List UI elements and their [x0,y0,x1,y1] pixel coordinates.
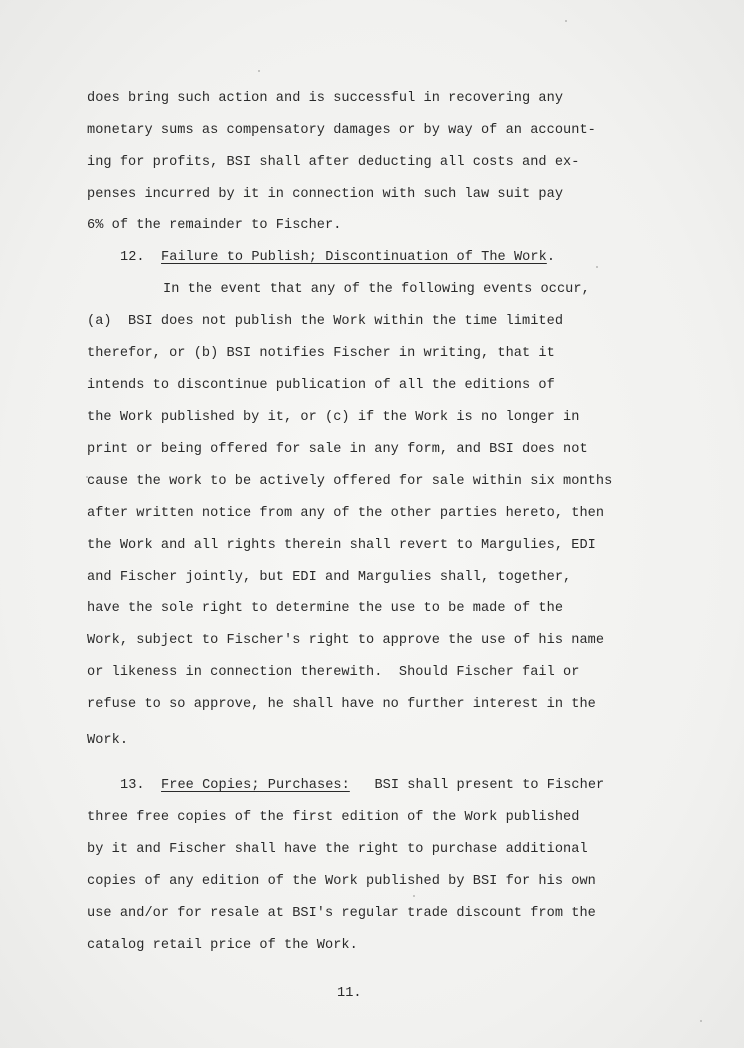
paragraph-line: and Fischer jointly, but EDI and Marguli… [87,570,571,586]
section-13-heading: 13. Free Copies; Purchases: BSI shall pr… [120,778,604,794]
paragraph-line: the Work and all rights therein shall re… [87,538,596,554]
paragraph-line: therefor, or (b) BSI notifies Fischer in… [87,346,555,362]
section-title-period: . [547,250,555,265]
paragraph-line: by it and Fischer shall have the right t… [87,842,588,858]
paragraph-line: penses incurred by it in connection with… [87,187,563,203]
document-page: does bring such action and is successful… [0,0,744,1048]
scan-speck [413,895,415,897]
paragraph-line: monetary sums as compensatory damages or… [87,123,596,139]
paragraph-line: print or being offered for sale in any f… [87,442,588,458]
section-title: Failure to Publish; Discontinuation of T… [161,250,547,265]
scan-speck [258,70,260,72]
paragraph-line: 6% of the remainder to Fischer. [87,218,341,234]
paragraph-line: the Work published by it, or (c) if the … [87,410,579,426]
paragraph-line: have the sole right to determine the use… [87,601,563,617]
scan-speck [700,1020,702,1022]
paragraph-line: copies of any edition of the Work publis… [87,874,596,890]
paragraph-line: cause the work to be actively offered fo… [87,474,612,490]
scan-speck [86,476,88,478]
scan-speck [596,266,598,268]
paragraph-line: ing for profits, BSI shall after deducti… [87,155,579,171]
page-number: 11. [337,986,362,1002]
paragraph-line: catalog retail price of the Work. [87,938,358,954]
paragraph-line: does bring such action and is successful… [87,91,563,107]
paragraph-line: three free copies of the first edition o… [87,810,579,826]
paragraph-line: or likeness in connection therewith. Sho… [87,665,579,681]
paragraph-line: In the event that any of the following e… [163,282,590,298]
section-number: 13. [120,778,145,793]
paragraph-line: Work. [87,733,128,749]
paragraph-line: use and/or for resale at BSI's regular t… [87,906,596,922]
paragraph-line: intends to discontinue publication of al… [87,378,555,394]
section-title: Free Copies; Purchases: [161,778,350,793]
paragraph-line: after written notice from any of the oth… [87,506,604,522]
paragraph-line: Work, subject to Fischer's right to appr… [87,633,604,649]
paragraph-text: BSI shall present to Fischer [374,778,604,793]
section-number: 12. [120,250,145,265]
section-12-heading: 12. Failure to Publish; Discontinuation … [120,250,555,266]
scan-speck [565,20,567,22]
paragraph-line: (a) BSI does not publish the Work within… [87,314,563,330]
paragraph-line: refuse to so approve, he shall have no f… [87,697,596,713]
